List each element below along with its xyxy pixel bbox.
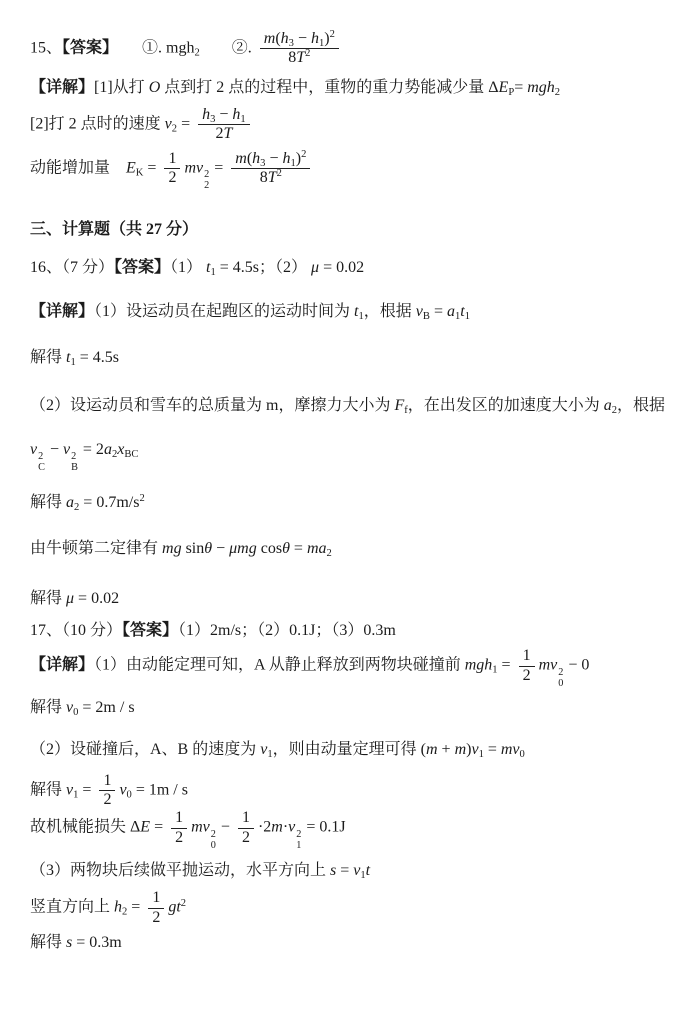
fraction: 12 <box>99 772 115 810</box>
document-page: 15、【答案】 ①. mgh2 ②. m(h3 − h1)28T2【详解】[1]… <box>0 0 693 955</box>
supsub-stack: 2B <box>71 451 78 474</box>
q16-part2: （2）设运动员和雪车的总质量为 m，摩擦力大小为 Ff，在出发区的加速度大小为 … <box>30 394 679 418</box>
supsub-stack: 22 <box>204 169 209 192</box>
fraction: 12 <box>171 809 187 847</box>
q16-solve-t1: 解得 t1 = 4.5s <box>30 346 679 370</box>
q17-energy-loss: 故机械能损失 ΔE = 12mv20 − 12·2m·v21 = 0.1J <box>30 809 679 851</box>
fraction: m(h3 − h1)28T2 <box>231 150 310 188</box>
fraction: h3 − h12T <box>198 106 250 144</box>
fraction: m(h3 − h1)28T2 <box>260 30 339 68</box>
fraction: 12 <box>164 150 180 188</box>
q16-solve-mu: 解得 μ = 0.02 <box>30 587 679 611</box>
q17-vertical: 竖直方向上 h2 = 12gt2 <box>30 889 679 927</box>
q16-solve-a2: 解得 a2 = 0.7m/s2 <box>30 491 679 515</box>
q16-eq-velocity: v2C − v2B = 2a2xBC <box>30 438 679 474</box>
q17-answer: 17、（10 分）【答案】（1）2m/s；（2）0.1J；（3）0.3m <box>30 619 679 643</box>
q16-newton: 由牛顿第二定律有 mg sinθ − μmg cosθ = ma2 <box>30 537 679 561</box>
supsub-stack: 20 <box>211 829 216 852</box>
fraction: 12 <box>238 809 254 847</box>
supsub-stack: 21 <box>296 829 301 852</box>
q15-answer: 15、【答案】 ①. mgh2 ②. m(h3 − h1)28T2 <box>30 30 679 68</box>
q17-part3: （3）两物块后续做平抛运动，水平方向上 s = v1t <box>30 859 679 883</box>
q15-detail-2: [2]打 2 点时的速度 v2 = h3 − h12T <box>30 106 679 144</box>
q17-solve-v1: 解得 v1 = 12v0 = 1m / s <box>30 772 679 810</box>
supsub-stack: 2C <box>38 451 45 474</box>
fraction: 12 <box>519 647 535 685</box>
q15-kinetic-energy: 动能增加量 EK = 12mv22 = m(h3 − h1)28T2 <box>30 150 679 192</box>
q17-part2: （2）设碰撞后，A、B 的速度为 v1，则由动量定理可得 (m + m)v1 =… <box>30 738 679 762</box>
q17-solve-v0: 解得 v0 = 2m / s <box>30 696 679 720</box>
q16-answer: 16、（7 分）【答案】（1） t1 = 4.5s；（2） μ = 0.02 <box>30 256 679 280</box>
q15-detail-1: 【详解】[1]从打 O 点到打 2 点的过程中，重物的重力势能减少量 ΔEP= … <box>30 76 679 100</box>
document-body: 15、【答案】 ①. mgh2 ②. m(h3 − h1)28T2【详解】[1]… <box>30 30 679 955</box>
fraction: 12 <box>148 889 164 927</box>
section-heading: 三、计算题（共 27 分） <box>30 218 679 242</box>
q17-detail-1: 【详解】（1）由动能定理可知，A 从静止释放到两物块碰撞前 mgh1 = 12m… <box>30 647 679 689</box>
q17-solve-s: 解得 s = 0.3m <box>30 931 679 955</box>
supsub-stack: 20 <box>558 667 563 690</box>
q16-detail-1: 【详解】（1）设运动员在起跑区的运动时间为 t1，根据 vB = a1t1 <box>30 300 679 324</box>
